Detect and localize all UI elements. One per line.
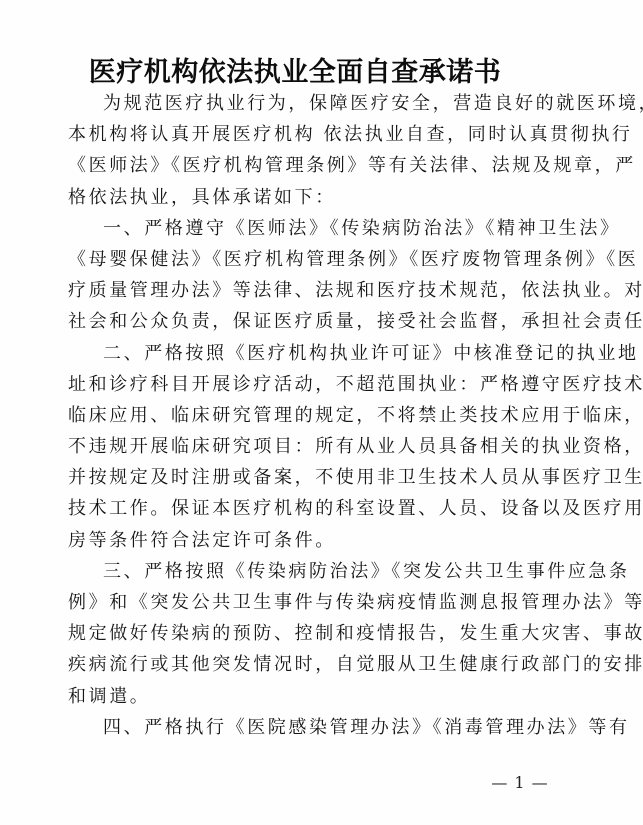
- paragraph-line: 为规范医疗执业行为，保障医疗安全，营造良好的就医环境，: [68, 88, 554, 119]
- paragraph-line: 例》和《突发公共卫生事件与传染病疫情监测息报管理办法》等: [68, 587, 554, 618]
- paragraph-line: 规定做好传染病的预防、控制和疫情报告，发生重大灾害、事故、: [68, 618, 554, 649]
- paragraph-line: 三、严格按照《传染病防治法》《突发公共卫生事件应急条: [68, 556, 554, 587]
- paragraph-line: 本机构将认真开展医疗机构 依法执业自查，同时认真贯彻执行: [68, 119, 554, 150]
- paragraph-line: 疗质量管理办法》等法律、法规和医疗技术规范，依法执业。对: [68, 275, 554, 306]
- paragraph-line: 《母婴保健法》《医疗机构管理条例》《医疗废物管理条例》《医: [68, 244, 554, 275]
- paragraph-line: 并按规定及时注册或备案，不使用非卫生技术人员从事医疗卫生: [68, 462, 554, 493]
- document-body: 为规范医疗执业行为，保障医疗安全，营造良好的就医环境， 本机构将认真开展医疗机构…: [68, 88, 554, 743]
- page-number: — 1 —: [490, 773, 550, 792]
- paragraph-line: 和调遣。: [68, 681, 554, 712]
- paragraph-line: 疾病流行或其他突发情况时，自觉服从卫生健康行政部门的安排: [68, 649, 554, 680]
- paragraph-line: 址和诊疗科目开展诊疗活动，不超范围执业：严格遵守医疗技术: [68, 369, 554, 400]
- paragraph-line: 二、严格按照《医疗机构执业许可证》中核准登记的执业地: [68, 338, 554, 369]
- paragraph-line: 不违规开展临床研究项目：所有从业人员具备相关的执业资格，: [68, 431, 554, 462]
- paragraph-line: 房等条件符合法定许可条件。: [68, 525, 554, 556]
- paragraph-line: 一、严格遵守《医师法》《传染病防治法》《精神卫生法》: [68, 213, 554, 244]
- paragraph-line: 四、严格执行《医院感染管理办法》《消毒管理办法》等有: [68, 712, 554, 743]
- paragraph-line: 临床应用、临床研究管理的规定，不将禁止类技术应用于临床，: [68, 400, 554, 431]
- paragraph-line: 格依法执业，具体承诺如下：: [68, 182, 554, 213]
- document-page: 医疗机构依法执业全面自查承诺书 为规范医疗执业行为，保障医疗安全，营造良好的就医…: [0, 0, 643, 825]
- paragraph-line: 《医师法》《医疗机构管理条例》等有关法律、法规及规章，严: [68, 150, 554, 181]
- document-title: 医疗机构依法执业全面自查承诺书: [0, 56, 590, 90]
- paragraph-line: 技术工作。保证本医疗机构的科室设置、人员、设备以及医疗用: [68, 493, 554, 524]
- paragraph-line: 社会和公众负责，保证医疗质量，接受社会监督，承担社会责任。: [68, 306, 554, 337]
